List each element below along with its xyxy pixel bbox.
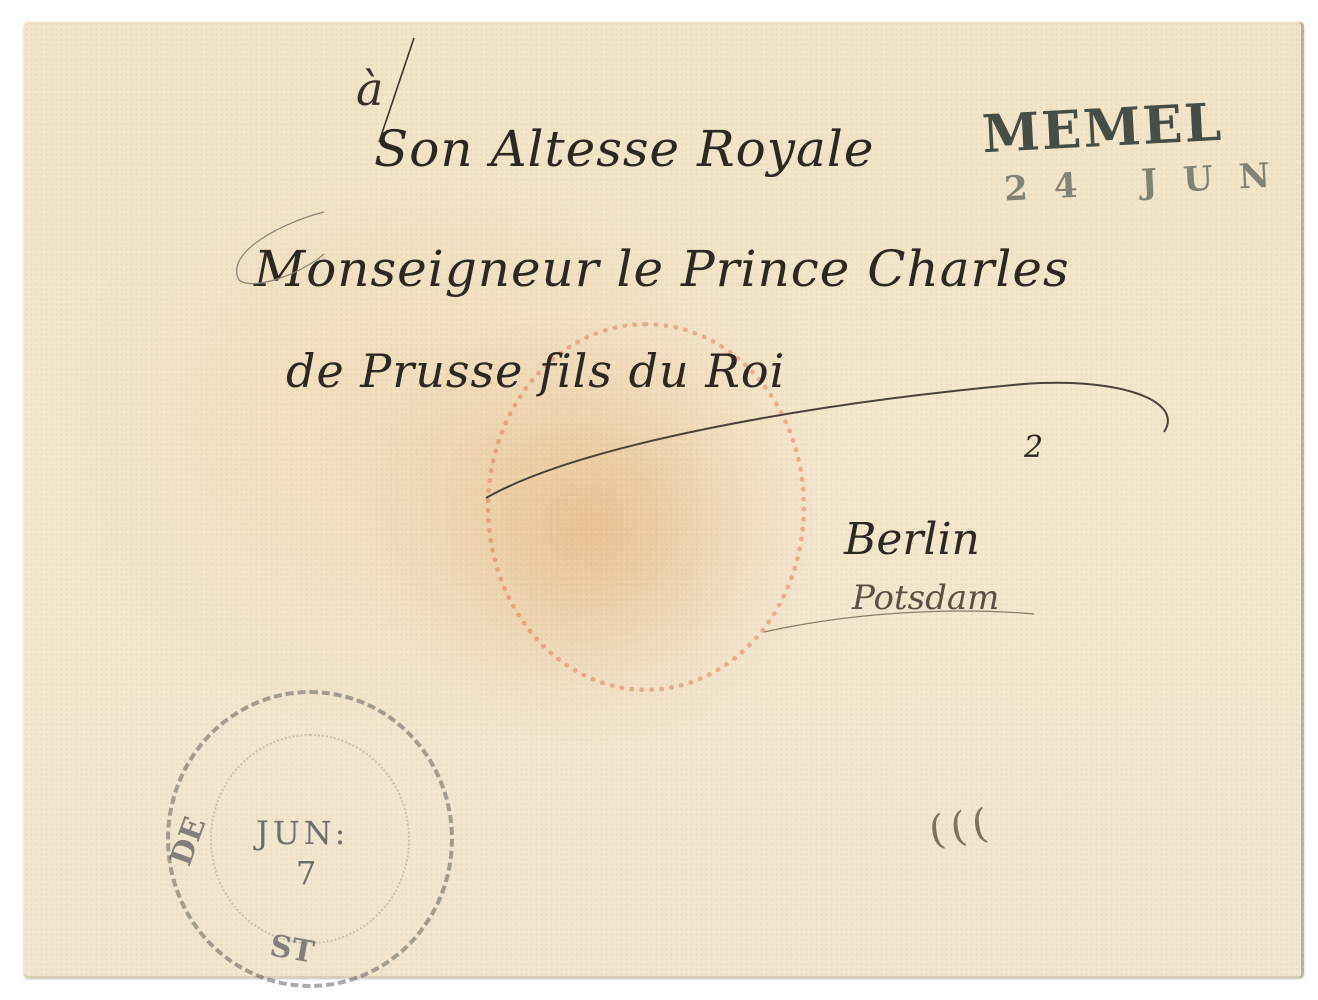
envelope: à Son Altesse Royale Monseigneur le Prin…: [24, 22, 1304, 978]
pen-flourishes: [24, 22, 1304, 978]
